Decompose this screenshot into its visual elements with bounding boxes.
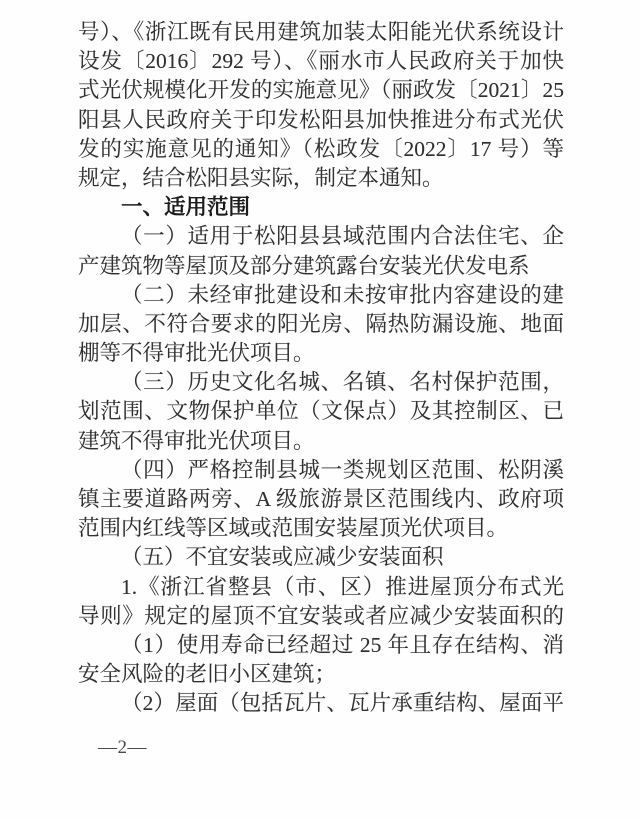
document-line: 建筑不得审批光伏项目。 xyxy=(78,427,564,456)
document-line: 1.《浙江省整县（市、区）推进屋顶分布式光伏开发工作 xyxy=(78,573,564,602)
page-number: —2— xyxy=(98,736,147,760)
section-heading: 一、适用范围 xyxy=(78,193,564,222)
document-line: （一）适用于松阳县县域范围内合法住宅、企业、国有资 xyxy=(78,222,564,251)
document-line: （四）严格控制县城一类规划区范围、松阴溪两岸、建制 xyxy=(78,456,564,485)
document-line: 号）、《浙江既有民用建筑加装太阳能光伏系统设计导则》（建 xyxy=(78,18,564,47)
document-line: 导则》规定的屋顶不宜安装或者应减少安装面积的 6 种情况： xyxy=(78,602,564,631)
document-line: 镇主要道路两旁、A 级旅游景区范围线内、政府项目建设用地 xyxy=(78,485,564,514)
document-line: 规定，结合松阳县实际，制定本通知。 xyxy=(78,164,564,193)
document-line: 范围内红线等区域或范围安装屋顶光伏项目。 xyxy=(78,514,564,543)
document-line: 式光伏规模化开发的实施意见》（丽政发〔2021〕25 号）、《松 xyxy=(78,76,564,105)
document-line: 加层、不符合要求的阳光房、隔热防漏设施、地面搭建的彩钢 xyxy=(78,310,564,339)
document-line: 阳县人民政府关于印发松阳县加快推进分布式光伏规模化开 xyxy=(78,106,564,135)
document-line: 设发〔2016〕292 号）、《丽水市人民政府关于加快推进分布 xyxy=(78,47,564,76)
document-line: 棚等不得审批光伏项目。 xyxy=(78,339,564,368)
document-line: （1）使用寿命已经超过 25 年且存在结构、消防、电气等 xyxy=(78,631,564,660)
document-line: （五）不宜安装或应减少安装面积 xyxy=(78,543,564,572)
document-line: （2）屋面（包括瓦片、瓦片承重结构、屋面平台）已经 xyxy=(78,689,564,718)
document-line: 安全风险的老旧小区建筑； xyxy=(78,660,564,689)
document-line: 产建筑物等屋顶及部分建筑露台安装光伏发电系统。 xyxy=(78,252,564,281)
document-line: 划范围、文物保护单位（文保点）及其控制区、已挂牌的历史 xyxy=(78,397,564,426)
document-line: 发的实施意见的通知》（松政发〔2022〕17 号）等有关文件的 xyxy=(78,135,564,164)
document-line: （三）历史文化名城、名镇、名村保护范围，传统村落规 xyxy=(78,368,564,397)
document-line: （二）未经审批建设和未按审批内容建设的建筑屋顶搭建 xyxy=(78,281,564,310)
document-body: 号）、《浙江既有民用建筑加装太阳能光伏系统设计导则》（建设发〔2016〕292 … xyxy=(78,18,564,719)
document-page: 号）、《浙江既有民用建筑加装太阳能光伏系统设计导则》（建设发〔2016〕292 … xyxy=(0,0,640,819)
